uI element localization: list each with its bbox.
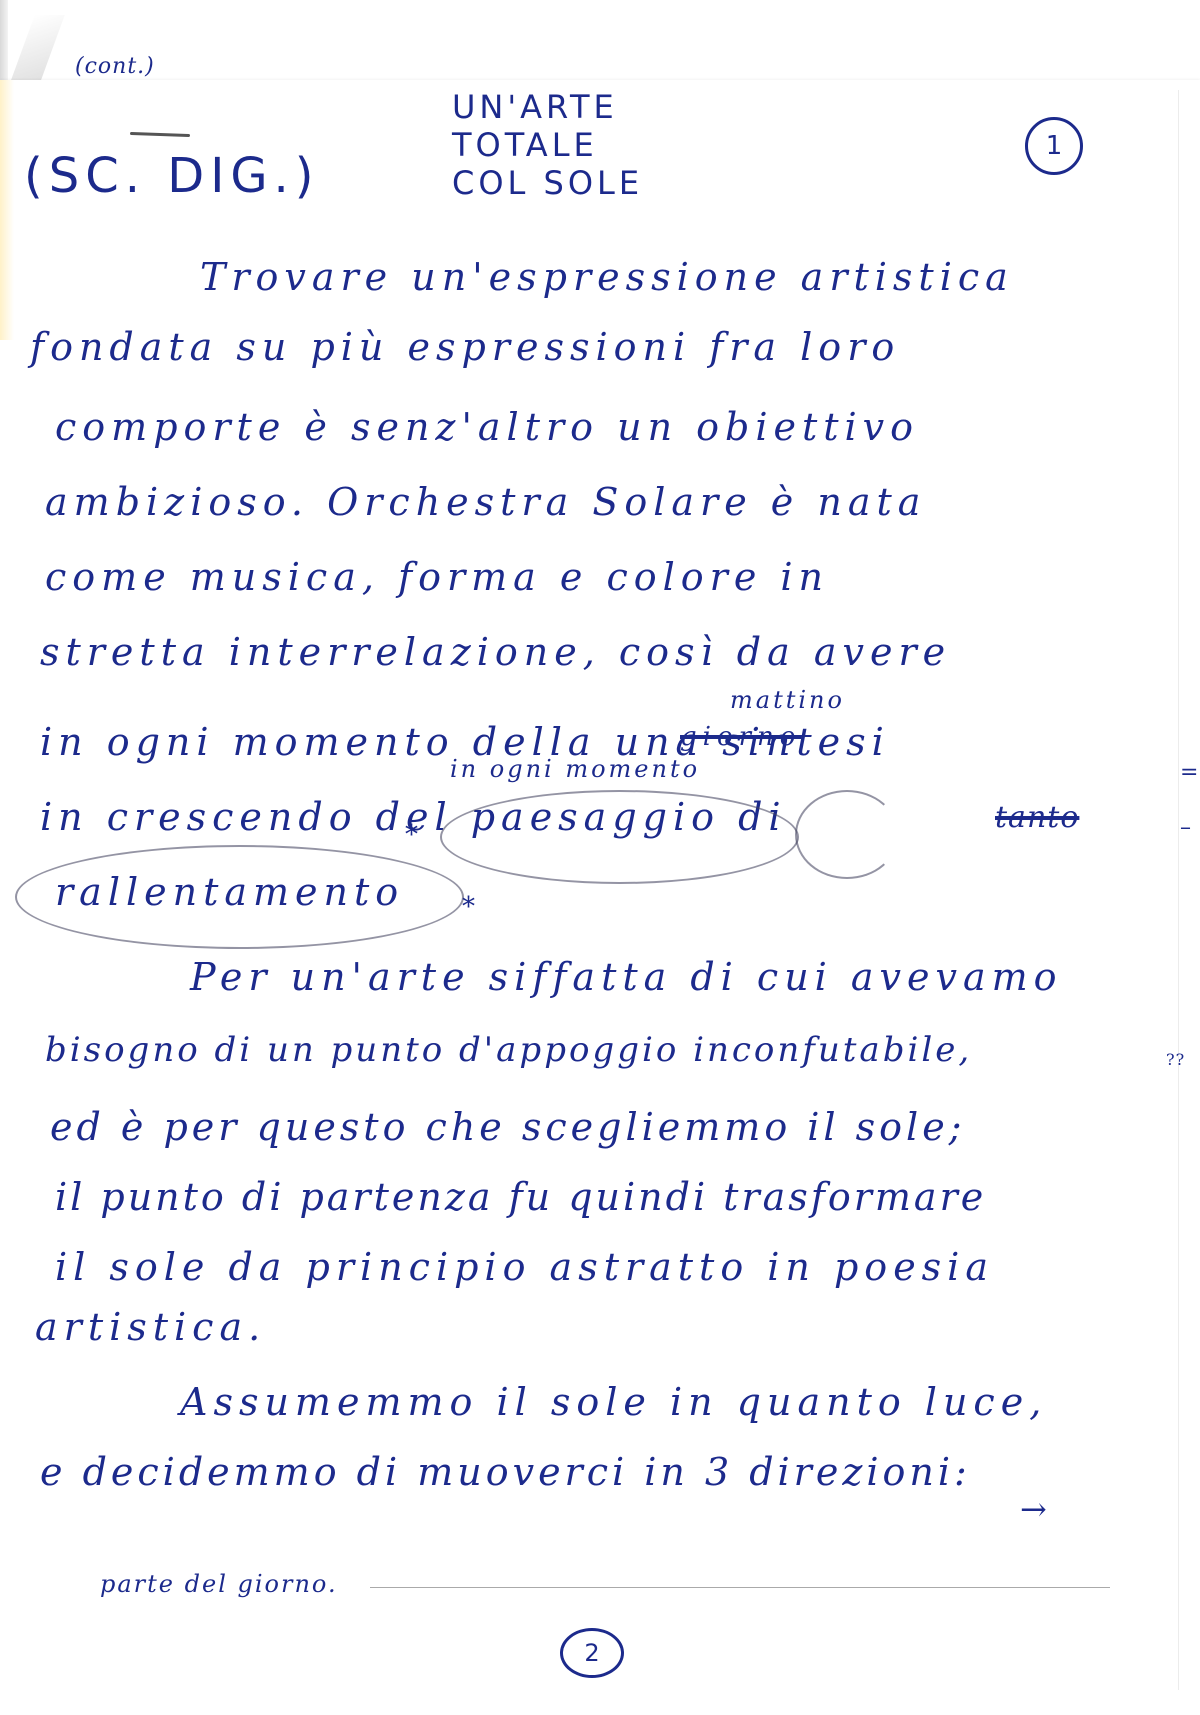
paper-stain [0,80,14,340]
body-line-13: il punto di partenza fu quindi trasforma… [55,1175,986,1219]
page-title: UN'ARTE TOTALE COL SOLE [452,88,643,202]
body-line-2: fondata su più espressioni fra loro [30,325,900,369]
body-line-4: ambizioso. Orchestra Solare è nata [45,480,926,524]
circled-phrase-oval [440,790,799,884]
body-line-5: come musica, forma e colore in [45,555,829,599]
footer-page-number-text: 2 [584,1639,599,1667]
manuscript-page: (cont.) (SC. DIG.) UN'ARTE TOTALE COL SO… [0,0,1200,1715]
body-line-6: stretta interrelazione, così da avere [40,630,951,674]
footer-note: parte del giorno. [100,1570,338,1598]
struck-word-tanto: tanto [995,800,1079,835]
right-margin-mark-2: – [1180,815,1192,840]
body-line-3: comporte è senz'altro un obiettivo [55,405,919,449]
circled-footer-page-number: 2 [560,1628,624,1678]
body-line-12: ed è per questo che scegliemmo il sole; [50,1105,965,1149]
title-line-1: UN'ARTE [452,88,643,126]
body-line-9: rallentamento [55,870,404,914]
body-line-16: Assumemmo il sole in quanto luce, [180,1380,1047,1424]
footer-rule [370,1587,1110,1588]
insertion-asterisk: * [405,820,419,850]
sheet-edge-line [1178,90,1179,1690]
corner-note: (cont.) [75,54,155,79]
title-line-2: TOTALE [452,126,643,164]
page-number-text: 1 [1046,131,1063,161]
bracket-oval [795,790,899,879]
section-code: (SC. DIG.) [24,148,320,204]
question-mark-annotation: ?? [1166,1050,1185,1069]
title-line-3: COL SOLE [452,164,643,202]
insertion-mattino: mattino [730,686,845,714]
body-line-10: Per un'arte siffatta di cui avevamo [190,955,1063,999]
body-line-15: artistica. [35,1305,266,1349]
continue-arrow-icon: → [1020,1490,1048,1528]
underlying-sheet-strip [0,0,1200,80]
insertion-in-ogni-momento: in ogni momento [450,755,700,783]
circled-page-number: 1 [1025,117,1083,175]
body-line-1: Trovare un'espressione artistica [200,255,1014,299]
body-line-11: bisogno di un punto d'appoggio inconfuta… [45,1030,972,1070]
body-line-14: il sole da principio astratto in poesia [55,1245,994,1289]
insertion-asterisk-2: * [462,892,476,922]
right-margin-mark-1: = [1180,760,1199,785]
scan-edge-shadow [0,0,8,80]
body-line-17: e decidemmo di muoverci in 3 direzioni: [40,1450,971,1494]
struck-word-giorno: giorno [680,722,801,752]
